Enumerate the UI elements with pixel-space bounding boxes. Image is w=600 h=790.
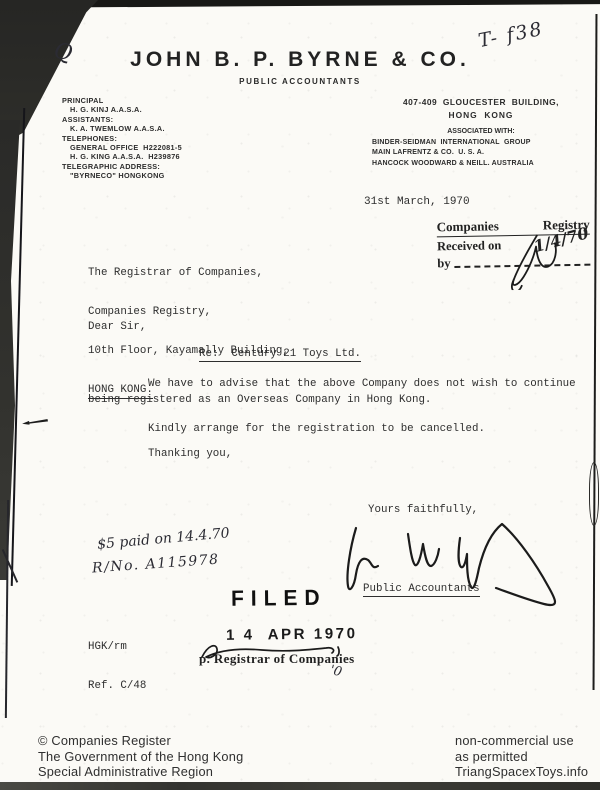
letterhead-company-name: JOHN B. P. BYRNE & CO. <box>0 48 600 72</box>
associated-firm-2: MAIN LAFRENTZ & CO. U. S. A. <box>372 149 590 156</box>
principal-name: H. G. KINJ A.A.S.A. <box>62 105 182 114</box>
body-paragraph1-line2: being registered as an Overseas Company … <box>88 394 431 406</box>
body-paragraph2: Kindly arrange for the registration to b… <box>148 423 485 435</box>
telephone-king: H. G. KING A.A.S.A. H239876 <box>62 152 182 161</box>
associated-with-label: ASSOCIATED WITH: <box>372 128 590 135</box>
footer-copyright: © Companies Register The Government of t… <box>38 733 243 780</box>
receipt-number-note: R/No. A115978 <box>92 552 220 577</box>
addressee-line2: Companies Registry, <box>88 306 289 319</box>
received-signature-scrawl <box>485 231 581 291</box>
footer-usage-line2: as permitted <box>455 749 588 765</box>
companies-registry-received-stamp: Companies Registry Received on by 1/4/70 <box>437 217 591 272</box>
fee-note: $5 paid on 14.4.70 <box>97 525 231 553</box>
valediction: Yours faithfully, <box>368 504 478 516</box>
margin-arrow-mark <box>22 418 48 426</box>
scan-edge-bottom <box>0 782 600 790</box>
addressee-line1: The Registrar of Companies, <box>88 267 289 280</box>
registrar-handwritten-mark: '0 <box>328 663 343 680</box>
telegraphic-address: "BYRNECO" HONGKONG <box>62 171 182 180</box>
salutation: Dear Sir, <box>88 321 146 333</box>
letterhead-subtitle: PUBLIC ACCOUNTANTS <box>0 77 600 86</box>
letterhead-address-block: 407-409 GLOUCESTER BUILDING, HONG KONG A… <box>372 97 590 167</box>
telephone-general: GENERAL OFFICE H222081-5 <box>62 143 182 152</box>
letterhead-info-block: PRINCIPAL H. G. KINJ A.A.S.A. ASSISTANTS… <box>62 96 182 181</box>
associated-firm-1: BINDER-SEIDMAN INTERNATIONAL GROUP <box>372 139 590 146</box>
footer-usage-line3: TriangSpacexToys.info <box>455 764 588 780</box>
footer-copyright-line3: Special Administrative Region <box>38 764 243 780</box>
letter-page: Q T- f38 JOHN B. P. BYRNE & CO. PUBLIC A… <box>0 0 600 790</box>
filed-stamp: FILED <box>231 586 327 612</box>
assistant-name: K. A. TWEMLOW A.A.S.A. <box>62 124 182 133</box>
building-address-line1: 407-409 GLOUCESTER BUILDING, <box>372 97 590 107</box>
signatory-title: Public Accountants <box>363 583 480 597</box>
footer-usage-line1: non-commercial use <box>455 733 588 749</box>
associated-firm-3: HANCOCK WOODWARD & NEILL. AUSTRALIA <box>372 160 590 167</box>
reference-block: HGK/rm Ref. C/48 <box>88 615 146 719</box>
footer-copyright-line2: The Government of the Hong Kong <box>38 749 243 765</box>
building-address-line2: HONG KONG <box>372 110 590 120</box>
subject-text: Re: Century 21 Toys Ltd. <box>199 348 361 362</box>
body-paragraph1-line1: We have to advise that the above Company… <box>148 378 576 390</box>
signatory-title-text: Public Accountants <box>363 583 480 597</box>
telephones-label: TELEPHONES: <box>62 134 182 143</box>
handwritten-file-number: T- f38 <box>477 18 546 52</box>
reference-number: Ref. C/48 <box>88 680 146 693</box>
letter-date: 31st March, 1970 <box>364 196 470 208</box>
by-label: by <box>437 256 450 271</box>
assistants-label: ASSISTANTS: <box>62 115 182 124</box>
principal-label: PRINCIPAL <box>62 96 182 105</box>
closing-thanks: Thanking you, <box>148 448 232 460</box>
footer-usage: non-commercial use as permitted TriangSp… <box>455 733 588 780</box>
telegraphic-label: TELEGRAPHIC ADDRESS: <box>62 162 182 171</box>
scan-edge-right <box>593 14 598 690</box>
footer-copyright-line1: © Companies Register <box>38 733 243 749</box>
subject-line: Re: Century 21 Toys Ltd. <box>199 348 361 362</box>
reference-initials: HGK/rm <box>88 641 146 654</box>
scan-right-blemish <box>589 462 599 526</box>
